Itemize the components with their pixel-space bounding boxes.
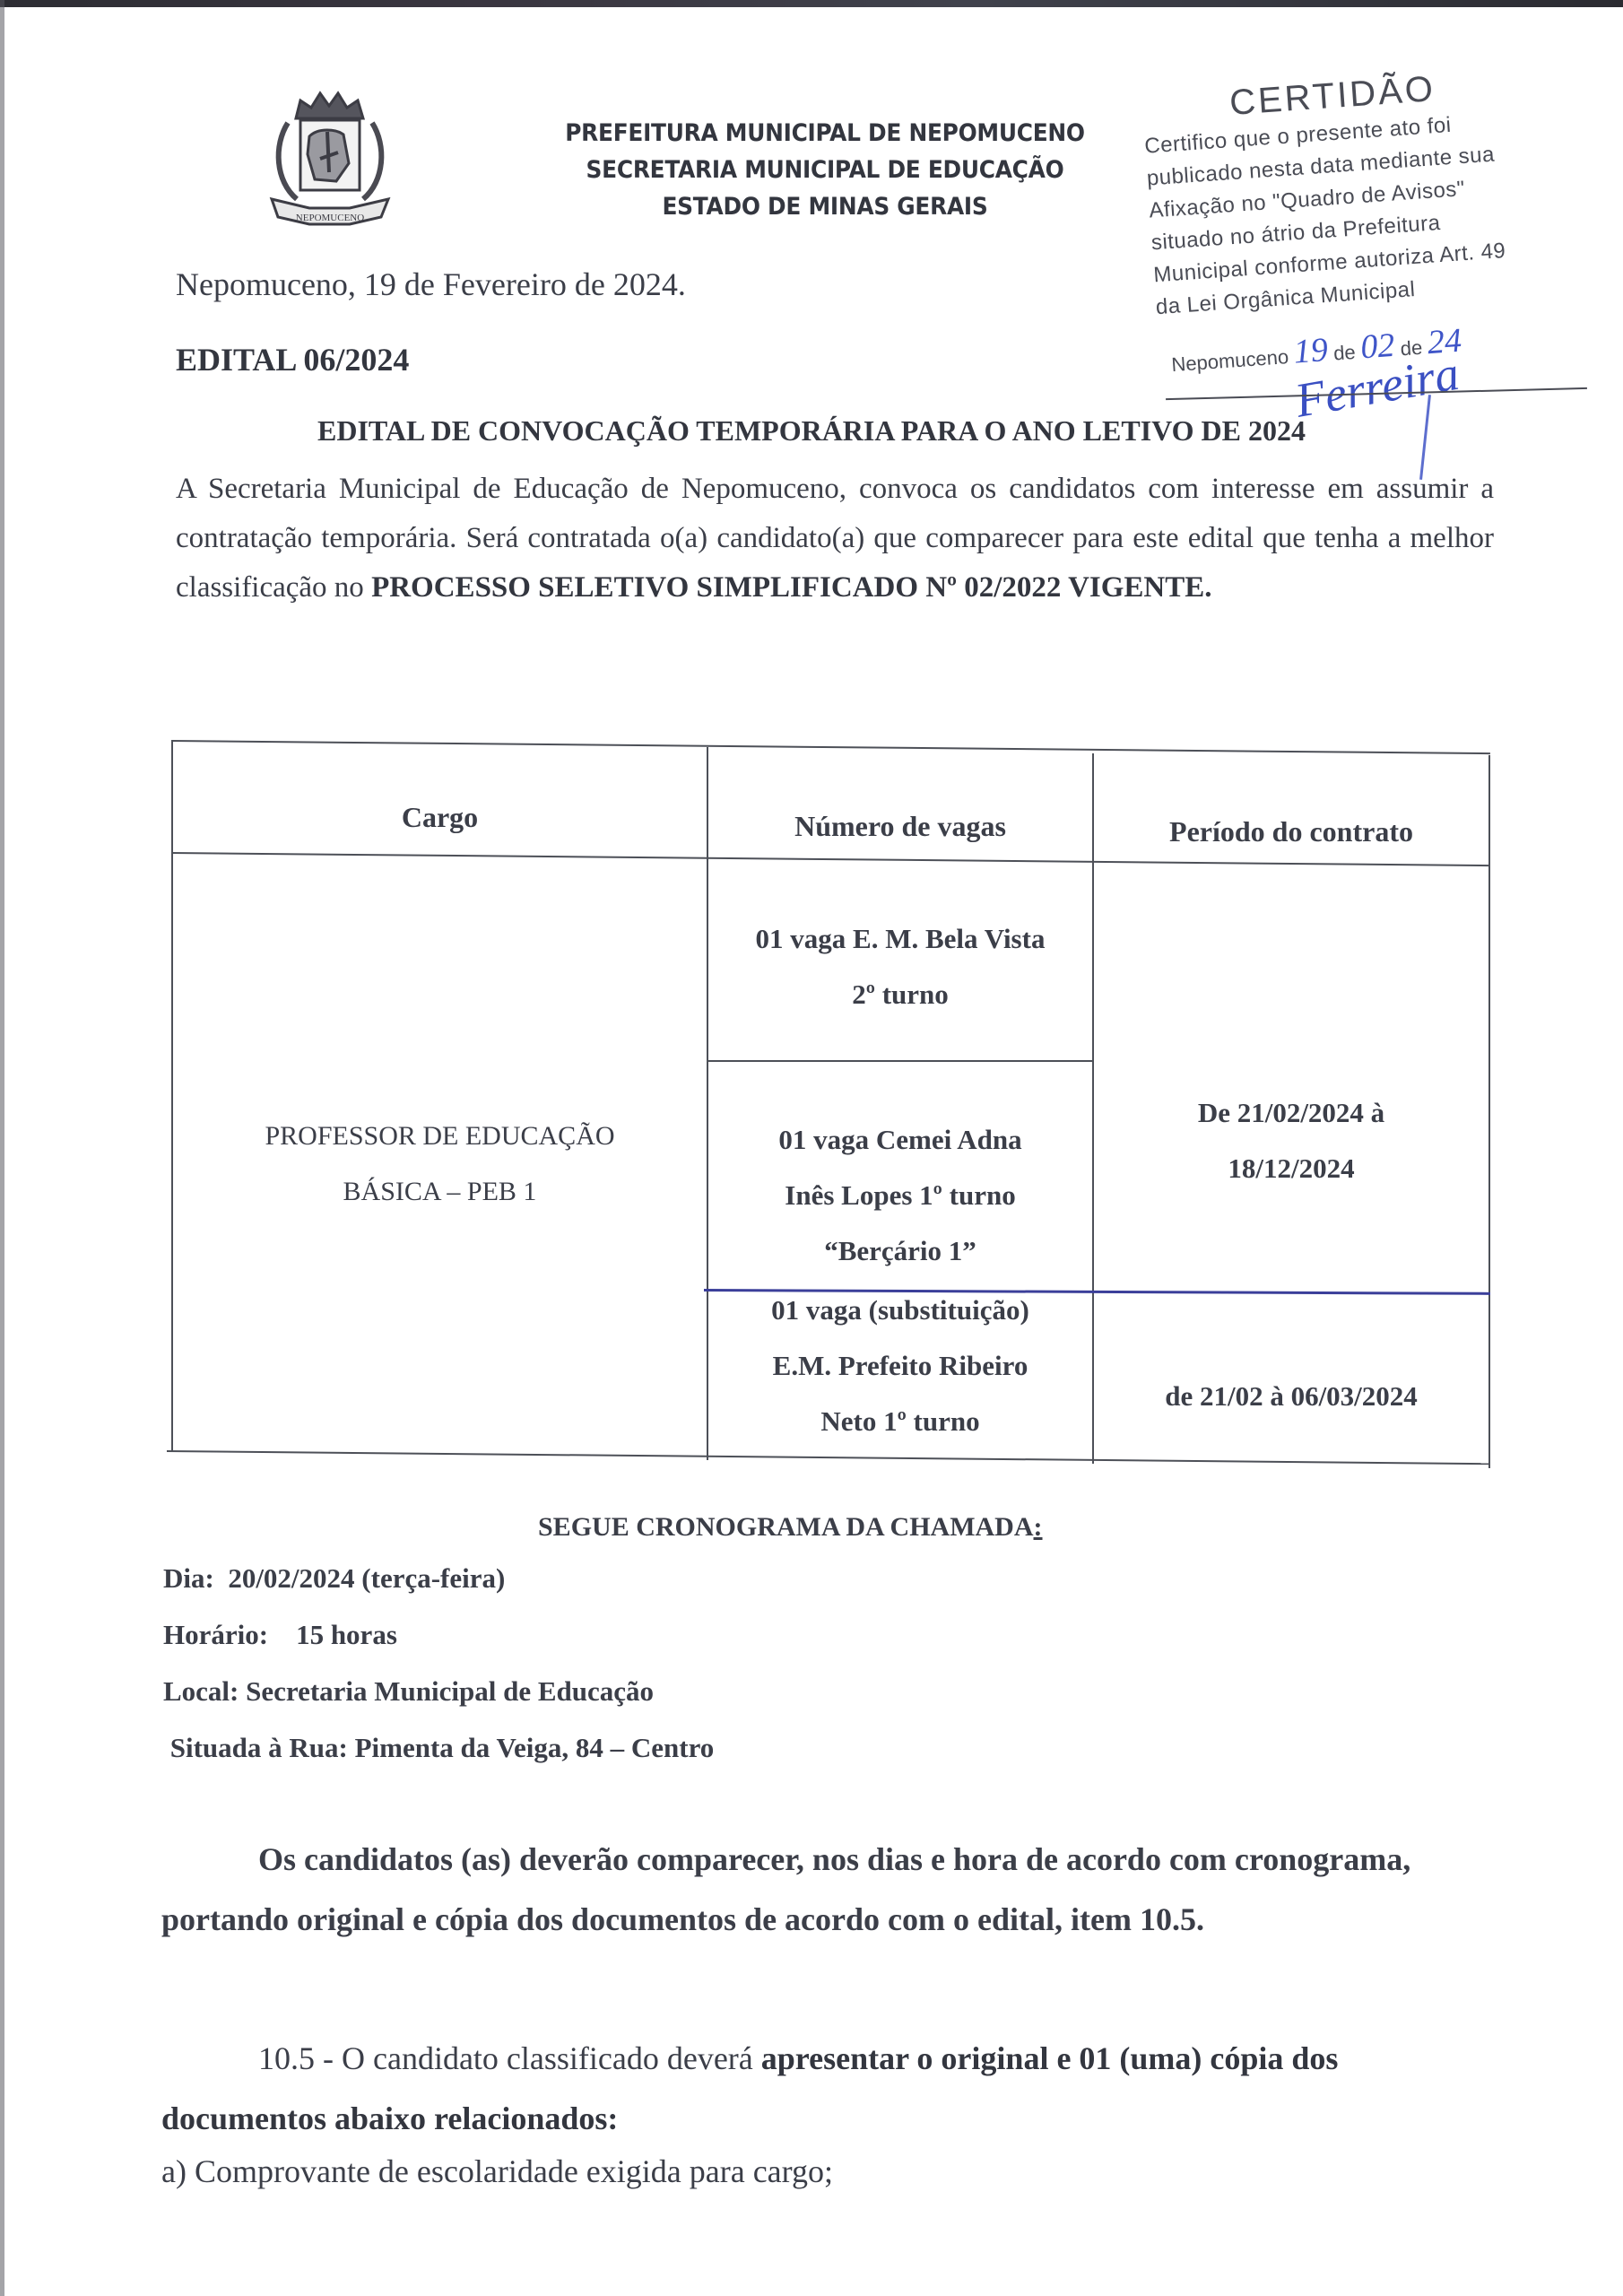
- table-cell-vaga: 01 vaga (substituição) E.M. Prefeito Rib…: [708, 1283, 1092, 1449]
- stamp-place: Nepomuceno: [1171, 345, 1289, 376]
- cargo-line: PROFESSOR DE EDUCAÇÃO: [173, 1109, 707, 1164]
- cronograma-horario: Horário: 15 horas: [163, 1619, 397, 1651]
- table-header-periodo: Período do contrato: [1094, 804, 1488, 859]
- item-a: a) Comprovante de escolaridade exigida p…: [161, 2152, 833, 2190]
- stamp-de: de: [1332, 341, 1356, 365]
- header-line-prefeitura: PREFEITURA MUNICIPAL DE NEPOMUCENO: [528, 115, 1122, 152]
- vaga-line: E.M. Prefeito Ribeiro: [708, 1338, 1092, 1394]
- scan-edge-top: [0, 0, 1623, 7]
- table-border: [171, 740, 173, 1451]
- table-header-vagas: Número de vagas: [708, 798, 1092, 854]
- svg-text:NEPOMUCENO: NEPOMUCENO: [296, 213, 364, 223]
- certidao-stamp: CERTIDÃO Certifico que o presente ato fo…: [1139, 58, 1609, 412]
- cronograma-title: SEGUE CRONOGRAMA DA CHAMADA:: [538, 1512, 1043, 1543]
- closing-paragraph: Os candidatos (as) deverão comparecer, n…: [161, 1830, 1471, 1950]
- item-10-5: 10.5 - O candidato classificado deverá a…: [161, 2029, 1480, 2149]
- document-date: Nepomuceno, 19 de Fevereiro de 2024.: [176, 265, 686, 303]
- vaga-line: 01 vaga E. M. Bela Vista: [708, 911, 1092, 967]
- vaga-line: “Berçário 1”: [708, 1223, 1092, 1279]
- table-border: [172, 740, 1490, 754]
- edital-title: EDITAL DE CONVOCAÇÃO TEMPORÁRIA PARA O A…: [170, 414, 1453, 448]
- vaga-line: Neto 1º turno: [708, 1394, 1092, 1449]
- periodo-line: de 21/02 à 06/03/2024: [1094, 1369, 1488, 1424]
- table-cell-vaga: 01 vaga E. M. Bela Vista 2º turno: [708, 911, 1092, 1022]
- vaga-line: 01 vaga (substituição): [708, 1283, 1092, 1338]
- table-cell-vaga: 01 vaga Cemei Adna Inês Lopes 1º turno “…: [708, 1112, 1092, 1279]
- intro-bold-text: PROCESSO SELETIVO SIMPLIFICADO Nº 02/202…: [371, 571, 1211, 604]
- vaga-line: Inês Lopes 1º turno: [708, 1168, 1092, 1223]
- cargo-line: BÁSICA – PEB 1: [173, 1164, 707, 1220]
- cronograma-local: Local: Secretaria Municipal de Educação: [163, 1675, 654, 1708]
- table-cell-periodo: de 21/02 à 06/03/2024: [1094, 1369, 1488, 1424]
- cronograma-title-text: SEGUE CRONOGRAMA DA CHAMADA: [538, 1512, 1034, 1542]
- cronograma-endereco: Situada à Rua: Pimenta da Veiga, 84 – Ce…: [163, 1732, 714, 1764]
- intro-paragraph: A Secretaria Municipal de Educação de Ne…: [176, 465, 1494, 613]
- periodo-line: 18/12/2024: [1094, 1141, 1488, 1196]
- table-border: [1488, 755, 1490, 1468]
- table-border: [167, 1450, 1490, 1465]
- vaga-line: 01 vaga Cemei Adna: [708, 1112, 1092, 1168]
- vaga-line: 2º turno: [708, 967, 1092, 1022]
- organization-header: PREFEITURA MUNICIPAL DE NEPOMUCENO SECRE…: [528, 115, 1122, 225]
- item-10-5-text: 10.5 - O candidato classificado deverá: [258, 2040, 761, 2076]
- header-line-secretaria: SECRETARIA MUNICIPAL DE EDUCAÇÃO: [528, 152, 1122, 188]
- header-line-estado: ESTADO DE MINAS GERAIS: [528, 188, 1122, 225]
- edital-number: EDITAL 06/2024: [176, 341, 409, 378]
- table-header-cargo: Cargo: [173, 789, 707, 845]
- table-cell-periodo: De 21/02/2024 à 18/12/2024: [1094, 1085, 1488, 1196]
- coat-of-arms-icon: NEPOMUCENO: [256, 83, 404, 235]
- stamp-day: 19: [1292, 331, 1329, 371]
- scan-edge-left: [0, 0, 4, 2296]
- cronograma-dia: Dia: 20/02/2024 (terça-feira): [163, 1562, 505, 1595]
- table-cell-cargo: PROFESSOR DE EDUCAÇÃO BÁSICA – PEB 1: [173, 1109, 707, 1220]
- closing-text: Os candidatos (as) deverão comparecer, n…: [161, 1841, 1410, 1937]
- cronograma-title-colon: :: [1034, 1512, 1043, 1542]
- periodo-line: De 21/02/2024 à: [1094, 1085, 1488, 1141]
- table-border: [708, 1060, 1092, 1062]
